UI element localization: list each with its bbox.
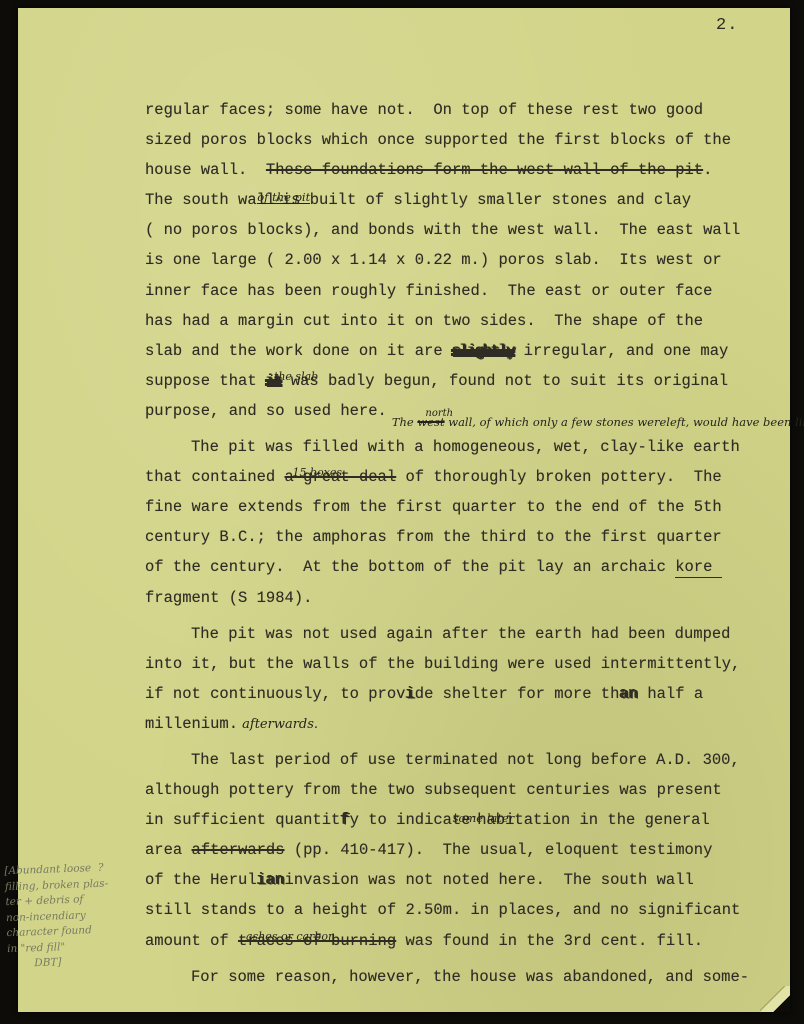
typed-text: of thoroughly broken pottery. The xyxy=(396,468,722,486)
text-line: if not continuously, to provide shelter … xyxy=(145,679,775,709)
scribbled-text: slightly xyxy=(452,342,514,360)
handwritten-note-inline: afterwards. xyxy=(238,717,318,732)
overtyped-text: f xyxy=(340,811,349,829)
text-line: fine ware extends from the first quarter… xyxy=(145,492,775,522)
typed-text: left, would have been like the south wal… xyxy=(666,415,804,429)
overtyped-text: i xyxy=(405,685,414,703)
typed-text: For some reason, however, the house was … xyxy=(191,968,749,986)
text-line: house wall. These foundations form the w… xyxy=(145,155,775,185)
underlined-text: kore xyxy=(675,558,722,578)
text-line: fragment (S 1984). xyxy=(145,583,775,613)
typed-text: area xyxy=(145,841,192,859)
text-line: sized poros blocks which once supported … xyxy=(145,125,775,155)
typed-text: The pit was not used again after the ear… xyxy=(191,625,731,643)
typed-text: that contained xyxy=(145,468,285,486)
text-line: slab and the work done on it are slightl… xyxy=(145,336,775,366)
replacement-text: 15 boxes xyxy=(293,467,343,478)
handwritten-replacement: itthe slab xyxy=(266,366,282,396)
typed-text: fragment (S 1984). xyxy=(145,589,312,607)
typed-text: irregular, and one may xyxy=(514,342,728,360)
text-line: amount of traces of burningashes or carb… xyxy=(145,926,775,956)
typed-text: is built of slightly smaller stones and … xyxy=(282,191,691,209)
typed-text: sized poros blocks which once supported … xyxy=(145,131,731,149)
text-line: that contained a great deal15 boxes of t… xyxy=(145,462,775,492)
text-line: although pottery from the two subsequent… xyxy=(145,775,775,805)
text-line: regular faces; some have not. On top of … xyxy=(145,95,775,125)
typed-text: was found in the 3rd cent. fill. xyxy=(396,932,703,950)
typed-text: has had a margin cut into it on two side… xyxy=(145,312,703,330)
replacement-text: the slab xyxy=(274,371,318,382)
typed-text: (pp. 410-417). The usual, eloquent testi… xyxy=(285,841,713,859)
typed-text: ( no poros blocks), and bonds with the w… xyxy=(145,221,740,239)
text-line: of the century. At the bottom of the pit… xyxy=(145,552,775,582)
typed-text-block: regular faces; some have not. On top of … xyxy=(145,95,775,992)
typed-text: if not continuously, to prov xyxy=(145,685,405,703)
typed-text: slab and the work done on it are xyxy=(145,342,452,360)
handwritten-replacement: a great deal15 boxes xyxy=(285,462,397,492)
typed-text: regular faces; some have not. On top of … xyxy=(145,101,703,119)
typed-text: The south wall xyxy=(145,191,275,209)
text-line: still stands to a height of 2.50m. in pl… xyxy=(145,895,775,925)
replacement-text: north xyxy=(425,408,453,419)
replacement-text: ashes or carbon xyxy=(246,931,335,942)
typed-text: fine ware extends from the first quarter… xyxy=(145,498,722,516)
typed-text: purpose, and so used here. xyxy=(145,402,387,420)
typed-text: suppose that xyxy=(145,372,266,390)
text-line: ( no poros blocks), and bonds with the w… xyxy=(145,215,775,245)
text-line: area afterwards (pp. 410-417). The usual… xyxy=(145,835,775,865)
typed-text: is one large ( 2.00 x 1.14 x 0.22 m.) po… xyxy=(145,251,722,269)
handwritten-insertion: ^of the pit xyxy=(275,185,282,217)
text-line: has had a margin cut into it on two side… xyxy=(145,306,775,336)
document-photo: 2. regular faces; some have not. On top … xyxy=(0,0,804,1024)
typed-text: century B.C.; the amphoras from the thir… xyxy=(145,528,722,546)
typed-text: de shelter for more th xyxy=(415,685,620,703)
handwritten-note-line: left, would have been like the south wal… xyxy=(666,415,804,429)
typed-text: wall, of which only a few stones were xyxy=(445,415,667,429)
typed-text: The pit was filled with a homogeneous, w… xyxy=(191,438,740,456)
text-line: is one large ( 2.00 x 1.14 x 0.22 m.) po… xyxy=(145,245,775,275)
text-line: purpose, and so used here.The westnorth … xyxy=(145,396,775,426)
typed-text: half a xyxy=(638,685,703,703)
handwritten-insertion: ˇsome later xyxy=(471,805,478,837)
struck-text: afterwards xyxy=(192,841,285,859)
handwritten-note-block: The westnorth wall, of which only a few … xyxy=(392,415,804,430)
typed-text: millenium. xyxy=(145,715,238,733)
typed-text: invasion was not noted here. The south w… xyxy=(285,871,694,889)
typed-text: . xyxy=(703,161,712,179)
page-number: 2. xyxy=(716,16,738,35)
handwritten-replacement: traces of burningashes or carbon xyxy=(238,926,396,956)
text-line: For some reason, however, the house was … xyxy=(145,962,775,992)
handwritten-note-line: The westnorth wall, of which only a few … xyxy=(392,415,666,429)
text-line: century B.C.; the amphoras from the thir… xyxy=(145,522,775,552)
text-line: in sufficient quantitfy to indicateˇsome… xyxy=(145,805,775,835)
text-line: suppose that itthe slab was badly begun,… xyxy=(145,366,775,396)
text-line: The south wall^of the pitis built of sli… xyxy=(145,185,775,215)
typed-text: of the Herul xyxy=(145,871,257,889)
typed-text: in sufficient quantit xyxy=(145,811,340,829)
typed-text: amount of xyxy=(145,932,238,950)
overtyped-text: an xyxy=(619,685,638,703)
margin-pencil-note: [Abundant loose ?filling, broken plas-te… xyxy=(4,860,132,973)
typed-text: of the century. At the bottom of the pit… xyxy=(145,558,675,576)
text-line: millenium. afterwards. xyxy=(145,709,775,739)
struck-text: These foundations form the west wall of … xyxy=(266,161,703,179)
typed-text: was badly begun, found not to suit its o… xyxy=(282,372,728,390)
text-line: into it, but the walls of the building w… xyxy=(145,649,775,679)
typed-text: although pottery from the two subsequent… xyxy=(145,781,722,799)
text-line: inner face has been roughly finished. Th… xyxy=(145,276,775,306)
typed-text: The last period of use terminated not lo… xyxy=(191,751,740,769)
insertion-text: some later xyxy=(453,813,515,824)
typed-text: The xyxy=(392,415,418,429)
text-line: of the Herulianinvasion was not noted he… xyxy=(145,865,775,895)
typed-text: house wall. xyxy=(145,161,266,179)
typed-text: still stands to a height of 2.50m. in pl… xyxy=(145,901,740,919)
text-line: The last period of use terminated not lo… xyxy=(145,745,775,775)
typed-text: into it, but the walls of the building w… xyxy=(145,655,740,673)
overtyped-text: ian xyxy=(257,871,285,889)
handwritten-replacement: westnorth xyxy=(417,415,444,430)
typed-text: inner face has been roughly finished. Th… xyxy=(145,282,712,300)
insertion-text: of the pit xyxy=(257,192,310,204)
text-line: The pit was filled with a homogeneous, w… xyxy=(145,432,775,462)
text-line: The pit was not used again after the ear… xyxy=(145,619,775,649)
